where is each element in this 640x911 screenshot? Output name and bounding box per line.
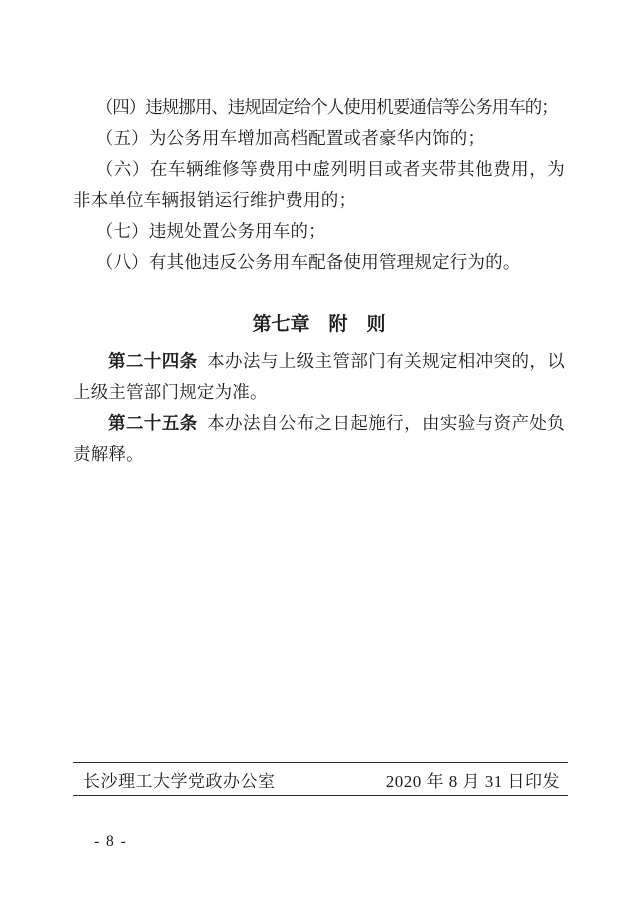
footer-print-date: 2020 年 8 月 31 日印发 (386, 767, 560, 792)
document-body: （四）违规挪用、违规固定给个人使用机要通信等公务用车的； （五）为公务用车增加高… (73, 92, 565, 470)
page-number: - 8 - (94, 833, 127, 851)
article-25-term: 第二十五条 (108, 413, 198, 433)
footer-bar: 长沙理工大学党政办公室 2020 年 8 月 31 日印发 (73, 762, 568, 796)
list-item-wu: （五）为公务用车增加高档配置或者豪华内饰的； (73, 123, 565, 154)
chapter-heading: 第七章 附 则 (73, 308, 565, 342)
list-item-liu: （六）在车辆维修等费用中虚列明目或者夹带其他费用，为非本单位车辆报销运行维护费用… (73, 154, 565, 216)
footer-issuer: 长沙理工大学党政办公室 (83, 767, 276, 792)
article-24-term: 第二十四条 (108, 351, 198, 371)
article-24: 第二十四条本办法与上级主管部门有关规定相冲突的，以上级主管部门规定为准。 (73, 346, 565, 408)
article-25: 第二十五条本办法自公布之日起施行，由实验与资产处负责解释。 (73, 408, 565, 470)
document-page: （四）违规挪用、违规固定给个人使用机要通信等公务用车的； （五）为公务用车增加高… (0, 0, 640, 911)
list-item-si: （四）违规挪用、违规固定给个人使用机要通信等公务用车的； (73, 92, 565, 123)
list-item-qi: （七）违规处置公务用车的； (73, 216, 565, 247)
list-item-ba: （八）有其他违反公务用车配备使用管理规定行为的。 (73, 247, 565, 278)
